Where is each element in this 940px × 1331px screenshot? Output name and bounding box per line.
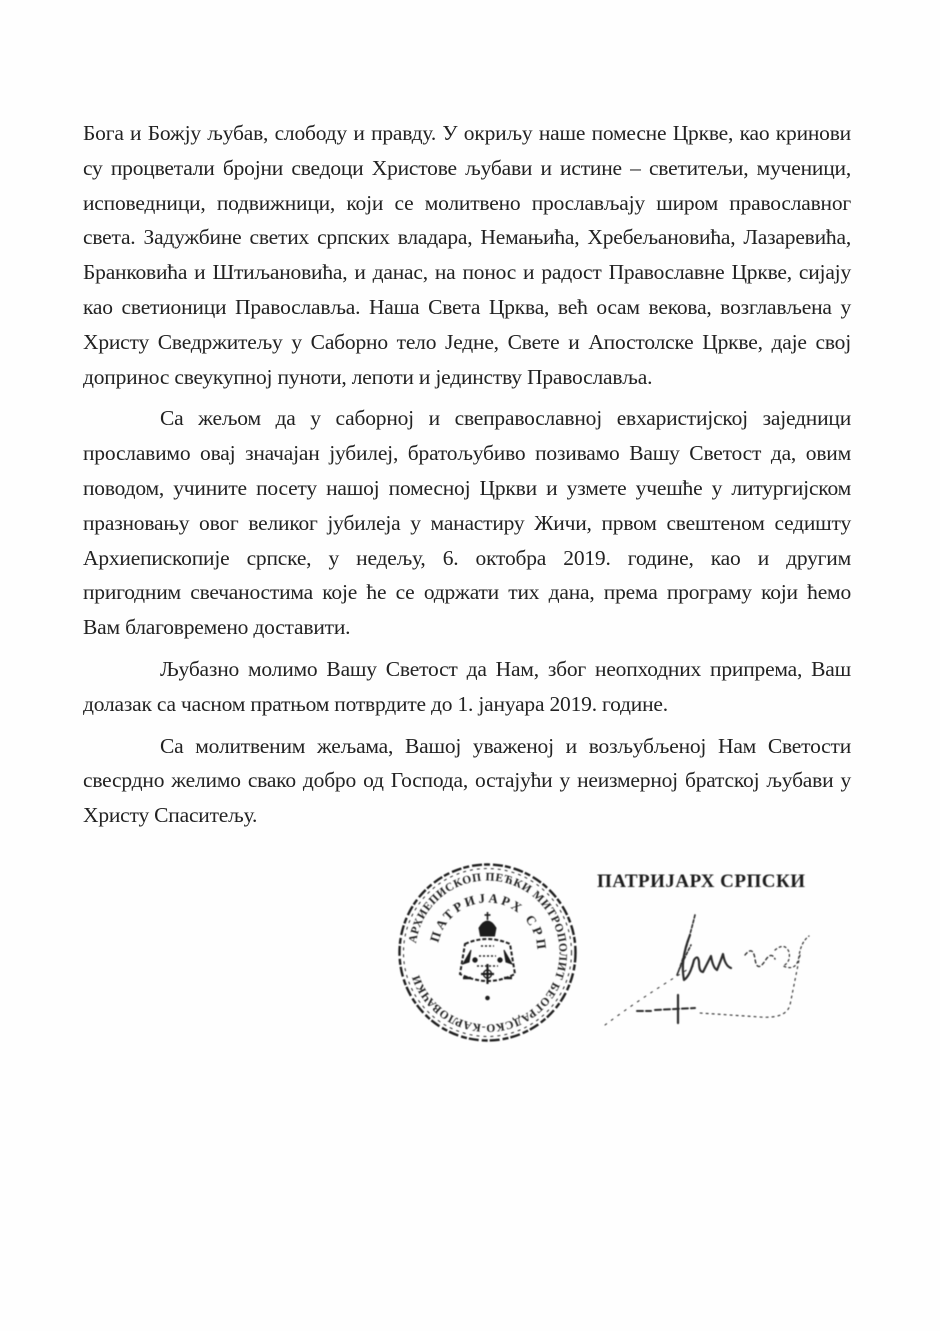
text-line: исповедници, подвижници, који се молитве… (83, 186, 851, 221)
text-line: Христу Спаситељу. (83, 798, 851, 833)
paragraph-3: Љубазно молимо Вашу Светост да Нам, због… (83, 652, 851, 722)
text-line: допринос свеукупној пуноти, лепоти и јед… (83, 360, 851, 395)
text-line: су процветали бројни сведоци Христове љу… (83, 151, 851, 186)
text-line: Архиепископије српске, у недељу, 6. окто… (83, 541, 851, 576)
stamp-outer-text: АРХИЕПИСКОП ПЕЋКИ МИТРОПОЛИТ БЕОГРАДСКО-… (407, 871, 569, 1033)
text-line: света. Задужбине светих српских владара,… (83, 220, 851, 255)
text-line: пригодним свечаностима које ће се одржат… (83, 575, 851, 610)
text-line: празновању овог великог јубилеја у манас… (83, 506, 851, 541)
letter-body: Бога и Божју љубав, слободу и правду. У … (83, 116, 851, 840)
text-line: Са жељом да у саборној и свеправославној… (83, 401, 851, 436)
text-line: Вам благовремено доставити. (83, 610, 851, 645)
letter-page: Бога и Божју љубав, слободу и правду. У … (0, 0, 940, 1331)
patriarchal-coat-of-arms-icon (460, 912, 515, 1000)
text-line: прославимо овај значајан јубилеј, братољ… (83, 436, 851, 471)
text-line: Љубазно молимо Вашу Светост да Нам, због… (83, 652, 851, 687)
paragraph-4: Са молитвеним жељама, Вашој уваженој и в… (83, 729, 851, 833)
text-line: долазак са часном пратњом потврдите до 1… (83, 687, 851, 722)
svg-text:АРХИЕПИСКОП ПЕЋКИ МИТРОПОЛИТ Б: АРХИЕПИСКОП ПЕЋКИ МИТРОПОЛИТ БЕОГРАДСКО-… (407, 871, 569, 1033)
text-line: свесрдно желимо свако добро од Господа, … (83, 763, 851, 798)
signatory-title: ПАТРИЈАРХ СРПСКИ (597, 871, 806, 893)
paragraph-1: Бога и Божју љубав, слободу и правду. У … (83, 116, 851, 394)
official-stamp: АРХИЕПИСКОП ПЕЋКИ МИТРОПОЛИТ БЕОГРАДСКО-… (395, 860, 580, 1045)
text-line: Бранковића и Штиљановића, и данас, на по… (83, 255, 851, 290)
text-line: Бога и Божју љубав, слободу и правду. У … (83, 116, 851, 151)
paragraph-2: Са жељом да у саборној и свеправославној… (83, 401, 851, 645)
handwritten-signature (595, 895, 855, 1045)
text-line: поводом, учините посету нашој помесној Ц… (83, 471, 851, 506)
text-line: као светионици Православља. Наша Света Ц… (83, 290, 851, 325)
text-line: Христу Сведржитељу у Саборно тело Једне,… (83, 325, 851, 360)
text-line: Са молитвеним жељама, Вашој уваженој и в… (83, 729, 851, 764)
closing-block: АРХИЕПИСКОП ПЕЋКИ МИТРОПОЛИТ БЕОГРАДСКО-… (395, 855, 875, 1055)
